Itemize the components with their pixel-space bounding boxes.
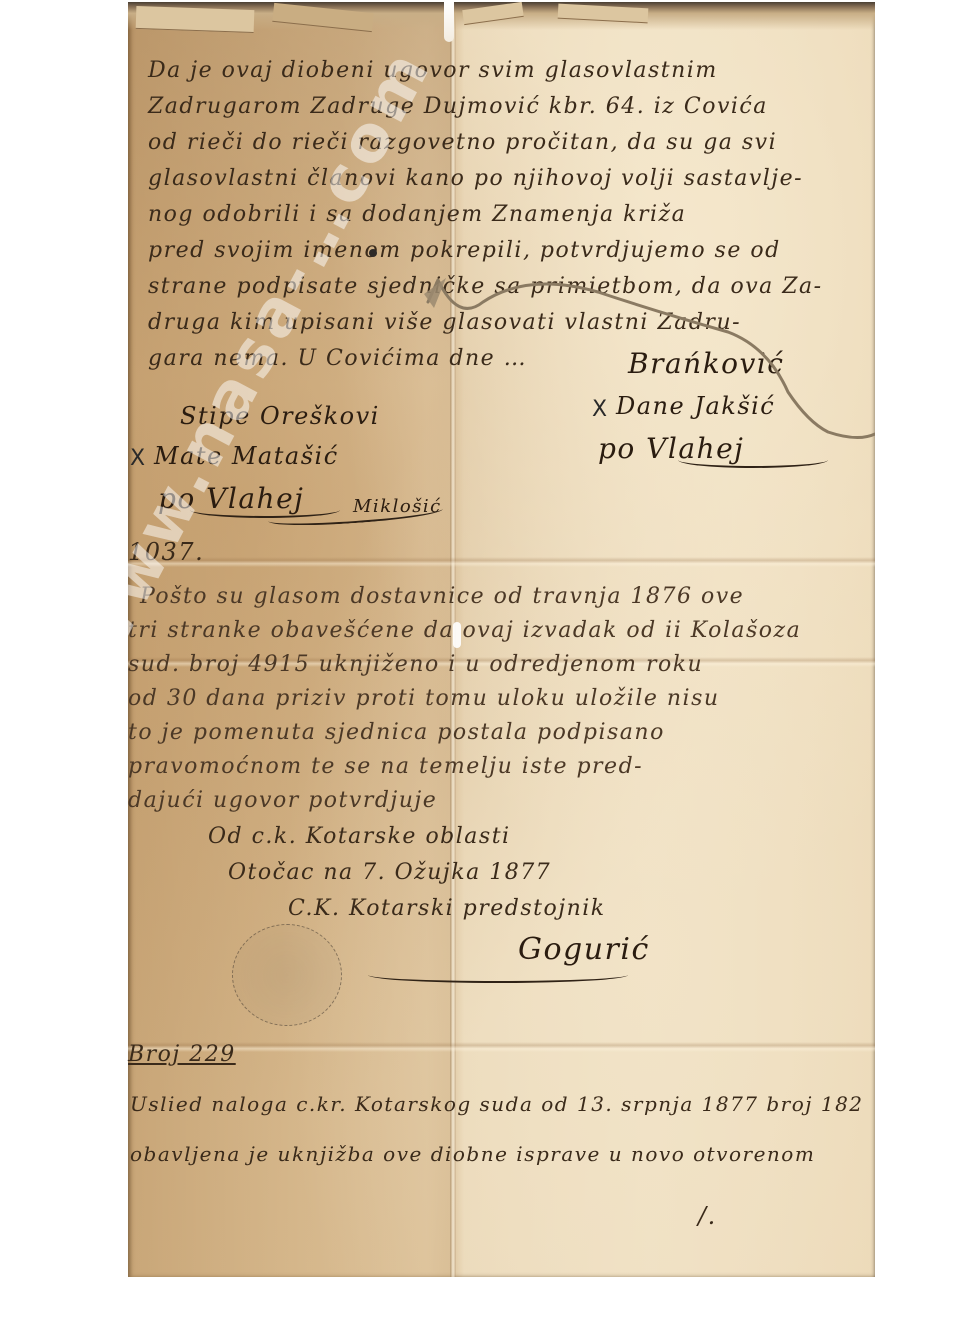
agreement-line: pred svojim imenom pokrepili, potvrdjuje… [148,238,781,263]
agreement-line: glasovlastni članovi kano po njihovoj vo… [148,166,803,191]
entry-line: Uslied naloga c.kr. Kotarskog suda od 13… [130,1092,864,1116]
cross-mark: X [592,397,607,422]
issuing-office: Od c.k. Kotarske oblasti [208,824,511,849]
official-stamp [232,924,342,1026]
agreement-line: Zadrugarom Zadruge Dujmović kbr. 64. iz … [148,94,768,119]
agreement-line: od rieči do rieči razgovetno pročitan, d… [148,130,777,155]
signature-name: Dane Jakšić [616,392,775,420]
signature-flourish [368,967,628,983]
registration-line: dajući ugovor potvrdjuje [128,788,437,813]
signature-flourish [678,452,828,468]
cross-mark: X [130,446,145,471]
registration-line: Pošto su glasom dostavnice od travnja 18… [140,584,744,609]
ink-blot [369,249,377,257]
horizontal-fold [128,557,875,567]
registration-line: pravomoćnom te se na temelju iste pred- [128,754,643,779]
agreement-line: nog odobrili i sa dodanjem Znamenja križ… [148,202,686,227]
entry-line: obavljena je uknjižba ove diobne isprave… [130,1142,815,1166]
paper-flap [136,6,255,33]
place-date: Otočac na 7. Ožujka 1877 [228,860,551,885]
tear-gap [444,2,454,42]
registration-line: tri stranke obavešćene da ovaj izvadak o… [128,618,801,643]
entry-number: Broj 229 [128,1042,236,1067]
official-signature: Gogurić [518,932,650,967]
closing-mark: /. [698,1202,717,1230]
document-page: Da je ovaj diobeni ugovor svim glasovlas… [128,2,875,1277]
signature-name: Brańković [628,347,784,380]
registration-line: to je pomenuta sjednica postala podpisan… [128,720,665,745]
registration-line: od 30 dana priziv proti tomu uloku uloži… [128,686,720,711]
horizontal-fold [128,1042,875,1052]
registration-line: sud. broj 4915 uknjiženo i u odredjenom … [128,652,703,677]
official-title: C.K. Kotarski predstojnik [288,896,606,921]
